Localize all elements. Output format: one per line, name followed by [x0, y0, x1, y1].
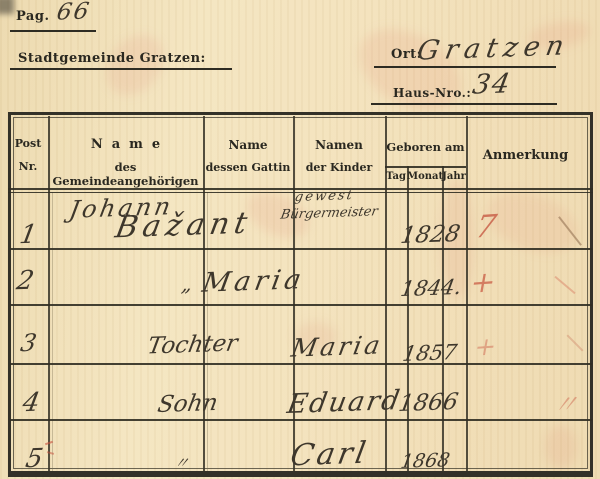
row2-gattin-name: Maria [200, 266, 307, 297]
header-name-line1: Name [48, 137, 203, 152]
haus-nro-underline [371, 103, 557, 105]
row5-jahr: 1868 [399, 451, 451, 472]
pag-underline [10, 30, 96, 32]
header-kinder-line2: der Kinder [293, 161, 385, 174]
geboren-subheader-divider [385, 166, 466, 168]
pag-label: Pag. [16, 9, 49, 24]
header-namen-kinder: Namen der Kinder [293, 138, 385, 174]
header-name-line2: des Gemeindeangehörigen [48, 160, 203, 188]
header-gattin-line1: Name [203, 138, 293, 152]
header-name-gemeindeangehoerigen: Name des Gemeindeangehörigen [48, 137, 203, 188]
header-kinder-line1: Namen [293, 138, 385, 152]
row-divider [10, 248, 592, 250]
row2-jahr: 1844. [399, 277, 463, 300]
header-tag: Tag [385, 171, 407, 182]
row3-relation: Tochter [146, 332, 240, 358]
scan-corner-shadow [0, 0, 14, 14]
pag-number-handwritten: 66 [55, 0, 93, 24]
row3-jahr: 1857 [401, 342, 459, 365]
row4-jahr: 1866 [397, 391, 460, 416]
row1-note-line2: Bürgermeister [280, 205, 379, 221]
header-geboren-am: Geboren am [385, 140, 466, 154]
row3-kind-name: Maria [289, 332, 384, 360]
row4-relation: Sohn [156, 392, 220, 417]
header-post-line2: Nr. [8, 160, 48, 173]
ink-bleed-smudge [345, 12, 475, 128]
header-gattin-line2: dessen Gattin [203, 161, 293, 174]
row1-note-line1: gewest [294, 189, 355, 204]
ort-underline [374, 66, 556, 68]
row-divider [10, 304, 592, 306]
row5-ditto-mark: 〃 [173, 456, 191, 472]
header-monat: Monat [407, 171, 442, 182]
stadtgemeinde-label: Stadtgemeinde Gratzen: [18, 51, 206, 66]
subcolumn-line-monat-jahr [442, 166, 444, 471]
row4-kind-name: Eduard [285, 387, 403, 418]
column-line [385, 116, 387, 471]
header-jahr: Jahr [442, 171, 466, 182]
row1-jahr: 1828 [399, 223, 462, 248]
subcolumn-line-tag-monat [407, 166, 409, 471]
column-ghost-line [52, 192, 53, 471]
haus-nro-value-handwritten: 34 [470, 70, 513, 98]
header-anmerkung: Anmerkung [466, 148, 585, 163]
row-divider [10, 363, 592, 365]
stadtgemeinde-underline [10, 68, 232, 70]
scanned-register-page: Pag. 66 Stadtgemeinde Gratzen: Ort: Grat… [0, 0, 600, 479]
row4-red-annotation-mark: 〃 [551, 391, 581, 418]
header-post-nr: Post Nr. [8, 137, 48, 173]
column-line [466, 116, 468, 471]
header-name-gattin: Name dessen Gattin [203, 138, 293, 174]
row5-kind-name: Carl [288, 439, 371, 472]
row1-name-last: Bažant [113, 209, 254, 244]
haus-nro-label: Haus-Nro.: [393, 86, 471, 100]
ort-value-handwritten: Gratzen [415, 32, 572, 64]
header-post-line1: Post [8, 137, 48, 150]
